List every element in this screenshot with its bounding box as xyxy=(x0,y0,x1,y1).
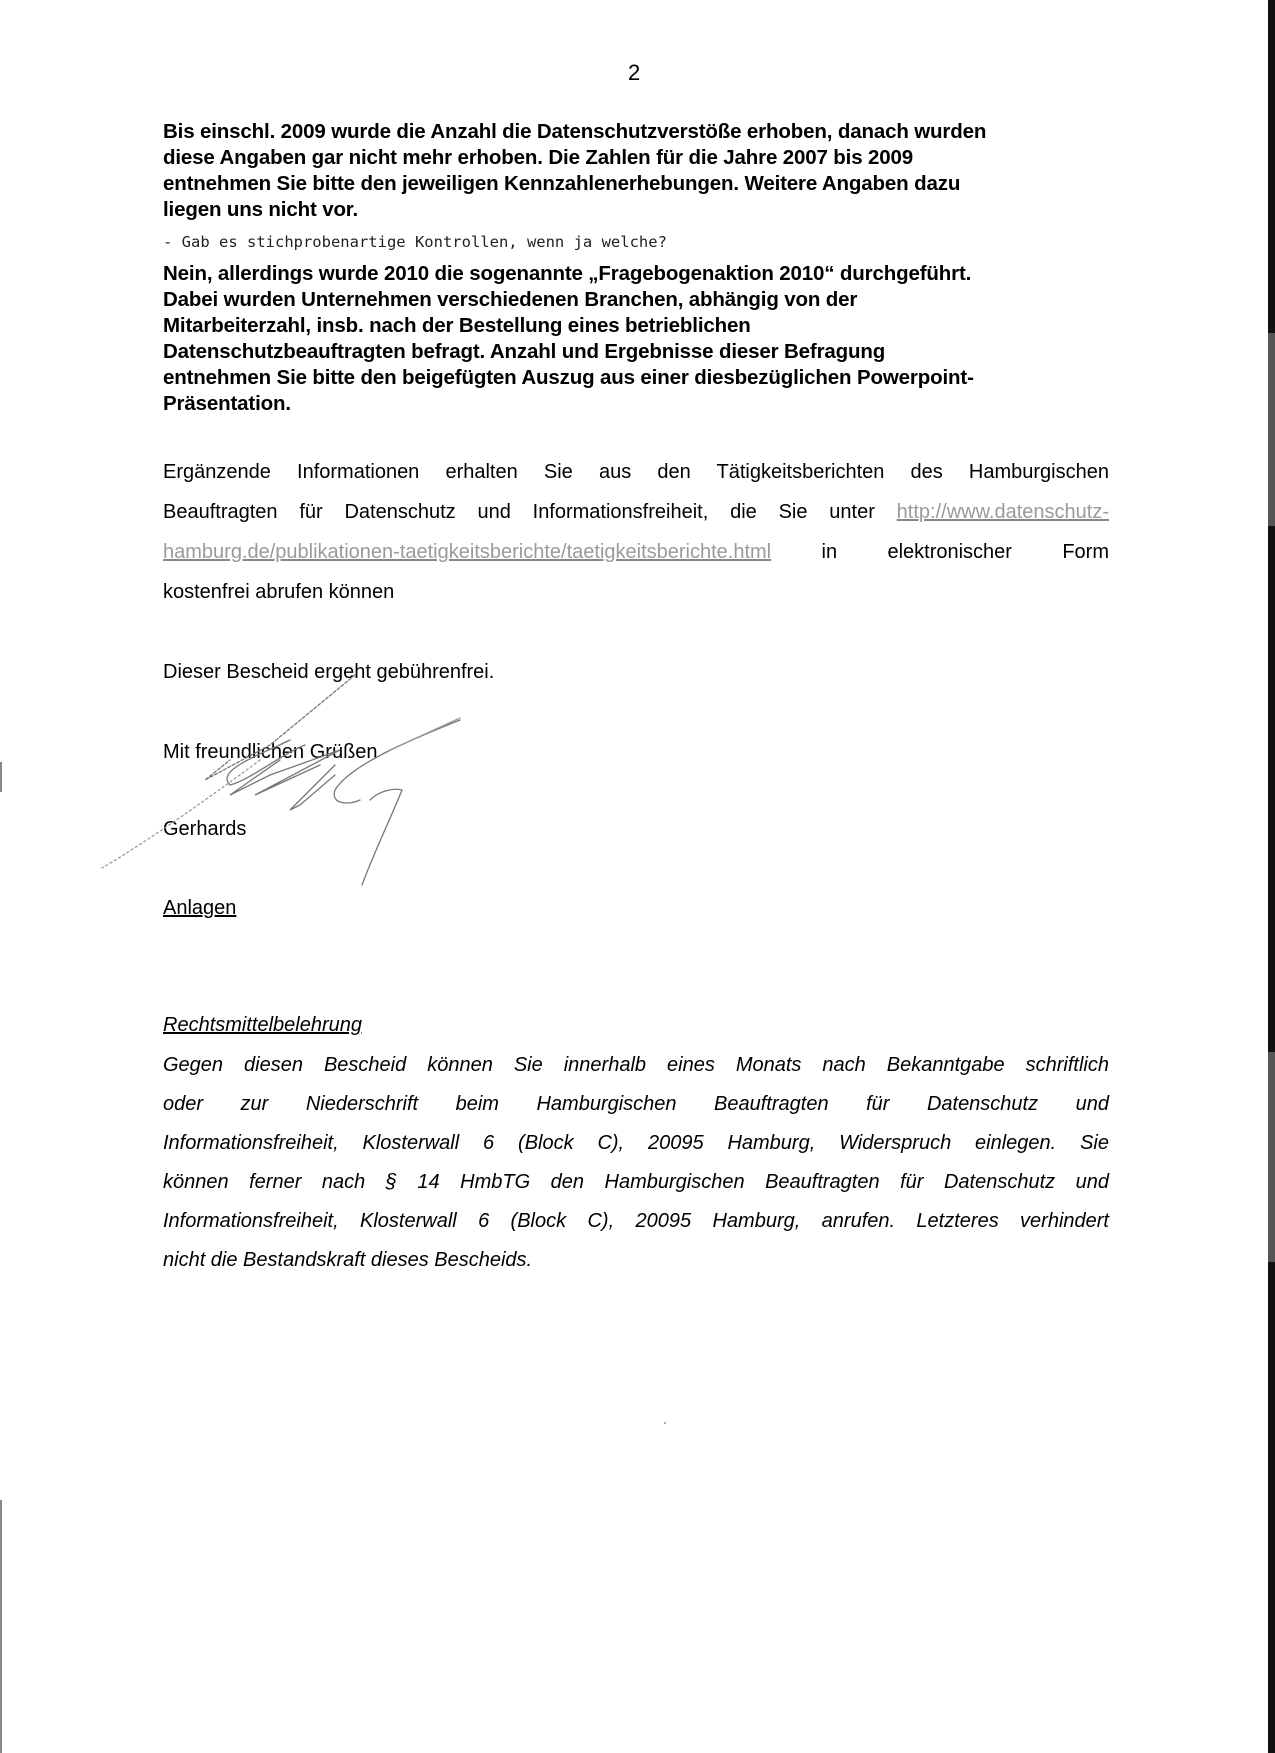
legal-notice-line: oder zur Niederschrift beim Hamburgische… xyxy=(163,1093,1109,1116)
line-text: Beauftragten für Datenschutz und Informa… xyxy=(163,501,897,523)
scan-edge-right xyxy=(1268,0,1275,1753)
scan-edge-left-mark xyxy=(0,762,2,792)
fee-note: Dieser Bescheid ergeht gebührenfrei. xyxy=(163,661,494,684)
legal-notice-line: nicht die Bestandskraft dieses Bescheids… xyxy=(163,1249,532,1272)
paragraph-line: Mitarbeiterzahl, insb. nach der Bestellu… xyxy=(163,313,751,339)
paragraph-line: liegen uns nicht vor. xyxy=(163,197,358,223)
paragraph-line: Präsentation. xyxy=(163,391,291,417)
scan-speck xyxy=(664,1422,666,1424)
legal-notice-line: Informationsfreiheit, Klosterwall 6 (Blo… xyxy=(163,1132,1109,1155)
attachments-label: Anlagen xyxy=(163,897,236,920)
legal-notice-line: Informationsfreiheit, Klosterwall 6 (Blo… xyxy=(163,1210,1109,1233)
signer-name: Gerhards xyxy=(163,818,246,841)
line-text: in elektronischer Form xyxy=(771,541,1109,563)
paragraph-line: hamburg.de/publikationen-taetigkeitsberi… xyxy=(163,541,1109,564)
scan-edge-left-mark xyxy=(0,1500,2,1753)
activity-reports-link-continued[interactable]: hamburg.de/publikationen-taetigkeitsberi… xyxy=(163,541,771,563)
activity-reports-link[interactable]: http://www.datenschutz- xyxy=(897,501,1109,523)
paragraph-line: Bis einschl. 2009 wurde die Anzahl die D… xyxy=(163,119,986,145)
paragraph-line: Nein, allerdings wurde 2010 die sogenann… xyxy=(163,261,971,287)
page-number: 2 xyxy=(628,60,640,86)
handwritten-signature xyxy=(90,640,590,940)
paragraph-line: Beauftragten für Datenschutz und Informa… xyxy=(163,501,1109,524)
greeting: Mit freundlichen Grüßen xyxy=(163,741,378,764)
paragraph-line: Ergänzende Informationen erhalten Sie au… xyxy=(163,461,1109,484)
paragraph-line: entnehmen Sie bitte den jeweiligen Kennz… xyxy=(163,171,960,197)
paragraph-line: entnehmen Sie bitte den beigefügten Ausz… xyxy=(163,365,974,391)
paragraph-line: kostenfrei abrufen können xyxy=(163,581,394,604)
document-page: 2 Bis einschl. 2009 wurde die Anzahl die… xyxy=(0,0,1275,1753)
legal-notice-heading: Rechtsmittelbelehrung xyxy=(163,1014,362,1037)
paragraph-line: Dabei wurden Unternehmen verschiedenen B… xyxy=(163,287,857,313)
paragraph-line: Datenschutzbeauftragten befragt. Anzahl … xyxy=(163,339,885,365)
legal-notice-line: können ferner nach § 14 HmbTG den Hambur… xyxy=(163,1171,1109,1194)
paragraph-line: diese Angaben gar nicht mehr erhoben. Di… xyxy=(163,145,913,171)
question-spot-checks: - Gab es stichprobenartige Kontrollen, w… xyxy=(163,233,667,251)
legal-notice-line: Gegen diesen Bescheid können Sie innerha… xyxy=(163,1054,1109,1077)
